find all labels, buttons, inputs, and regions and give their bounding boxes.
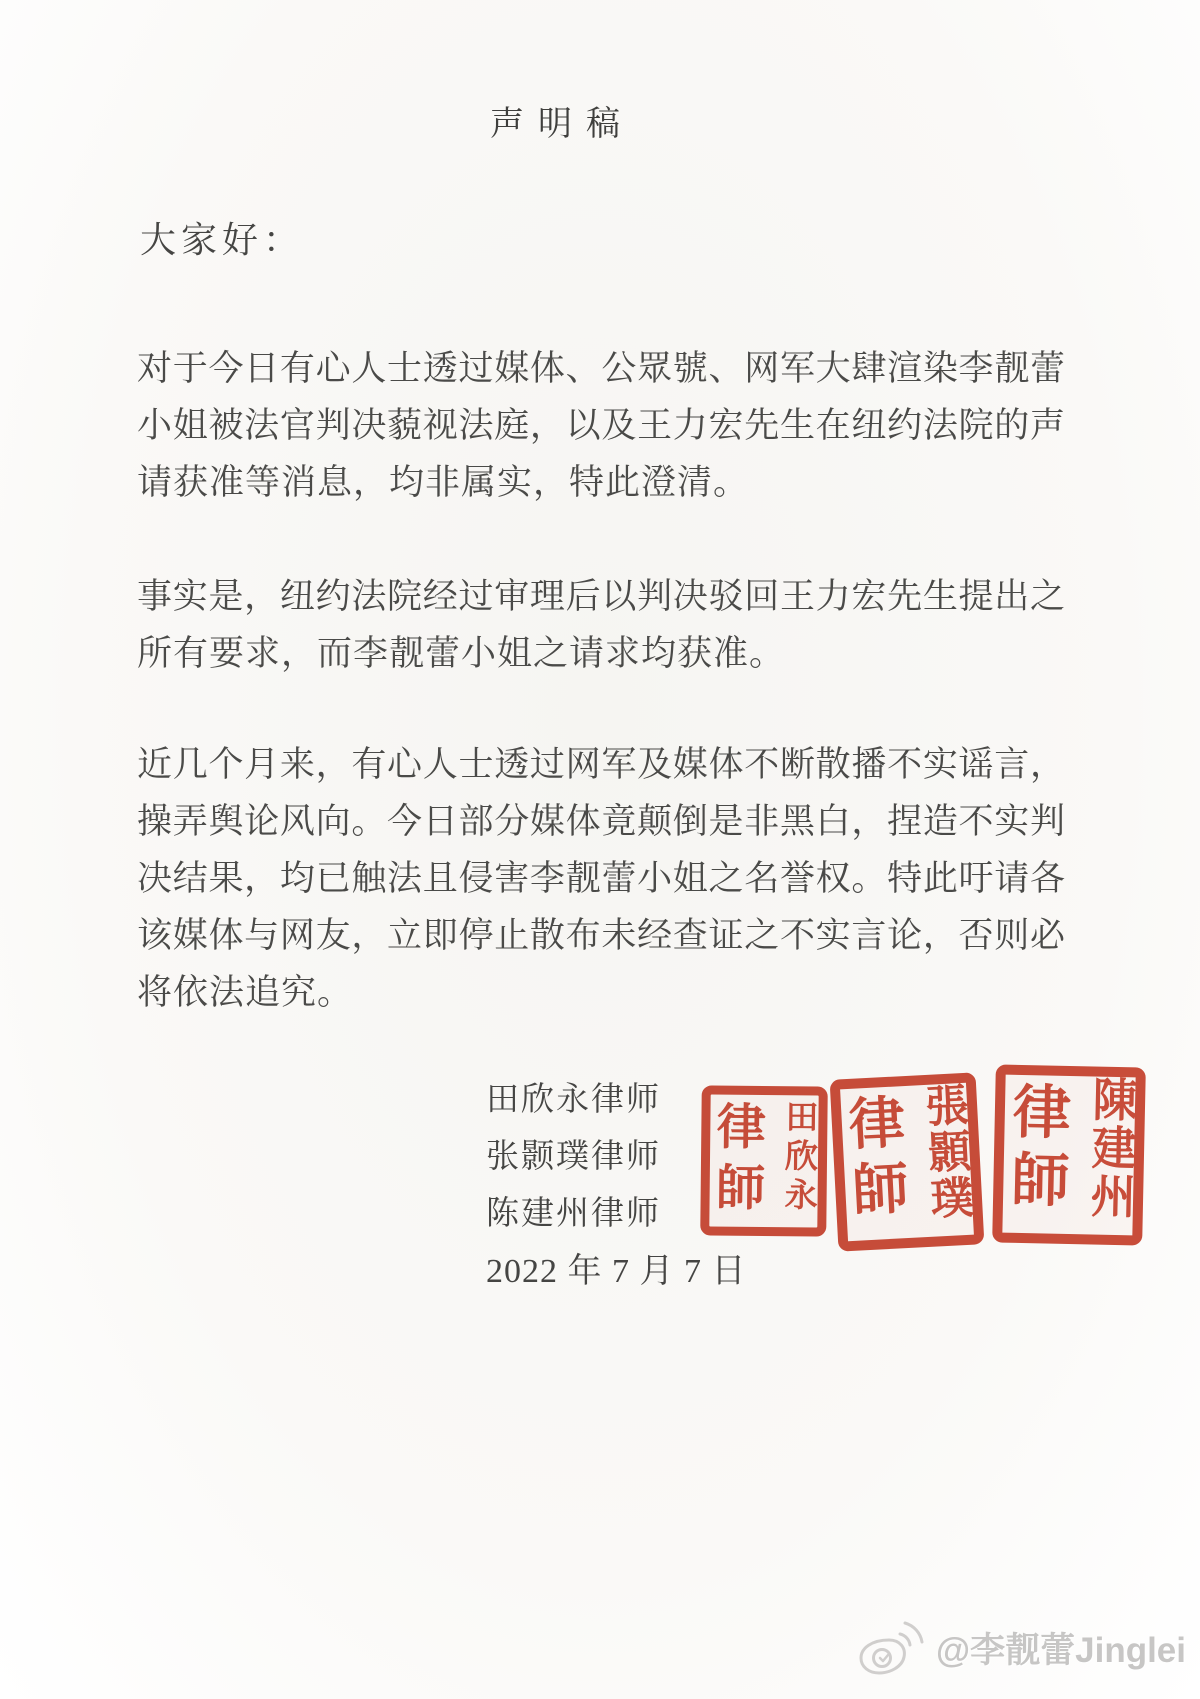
seal-text-lvshi: 律師 [1005,1081,1066,1218]
greeting-line: 大家好： [140,212,304,263]
body-line: 该媒体与网友，立即停止散布未经查证之不实言论，否则必 [137,907,1065,964]
seal-text-main: 田欣永 [780,1099,814,1216]
body-line: 将依法追究。 [137,964,1065,1021]
body-line: 所有要求，而李靓蕾小姐之请求均获准。 [137,625,1065,682]
body-line: 事实是，纽约法院经过审理后以判决驳回王力宏先生提出之 [137,568,1065,625]
body-line: 决结果，均已触法且侵害李靓蕾小姐之名誉权。特此吁请各 [137,850,1065,907]
signature-lawyer-1: 田欣永律师 [486,1072,661,1129]
seal-stamp-zhang-hao-pu: 張顥璞 律師 [830,1072,985,1251]
seal-text-lvshi: 律師 [842,1092,905,1227]
paragraph-2: 事实是，纽约法院经过审理后以判决驳回王力宏先生提出之 所有要求，而李靓蕾小姐之请… [137,568,1065,682]
seal-stamp-chen-jian-zhou: 陳建州 律師 [992,1064,1146,1245]
seal-stamp-tian-xin-yong: 田欣永 律師 [700,1085,828,1236]
paragraph-1: 对于今日有心人士透过媒体、公眾號、网军大肆渲染李靓蕾 小姐被法官判决藐视法庭，以… [137,340,1065,511]
seal-text-lvshi: 律師 [712,1100,762,1223]
seal-text-main: 張顥璞 [921,1082,971,1223]
weibo-watermark: @李靓蕾Jinglei [856,1608,1176,1688]
signature-lawyer-2: 张颢璞律师 [486,1129,661,1186]
weibo-icon [856,1617,928,1679]
paragraph-3: 近几个月来，有心人士透过网军及媒体不断散播不实谣言， 操弄舆论风向。今日部分媒体… [137,736,1065,1021]
body-line: 近几个月来，有心人士透过网军及媒体不断散播不实谣言， [137,736,1065,793]
body-line: 小姐被法官判决藐视法庭，以及王力宏先生在纽约法院的声 [137,397,1065,454]
statement-document-page: 声明稿 大家好： 对于今日有心人士透过媒体、公眾號、网军大肆渲染李靓蕾 小姐被法… [0,0,1200,1699]
document-title: 声明稿 [490,96,634,145]
body-line: 对于今日有心人士透过媒体、公眾號、网军大肆渲染李靓蕾 [137,340,1065,397]
body-line: 操弄舆论风向。今日部分媒体竟颠倒是非黑白，捏造不实判 [137,793,1065,850]
seal-text-main: 陳建州 [1085,1075,1133,1221]
signature-block: 田欣永律师 张颢璞律师 陈建州律师 [486,1072,661,1243]
body-line: 请获准等消息，均非属实，特此澄清。 [137,454,1065,511]
document-date: 2022 年 7 月 7 日 [486,1243,747,1300]
signature-lawyer-3: 陈建州律师 [486,1186,661,1243]
watermark-handle: @李靓蕾Jinglei [936,1623,1186,1673]
